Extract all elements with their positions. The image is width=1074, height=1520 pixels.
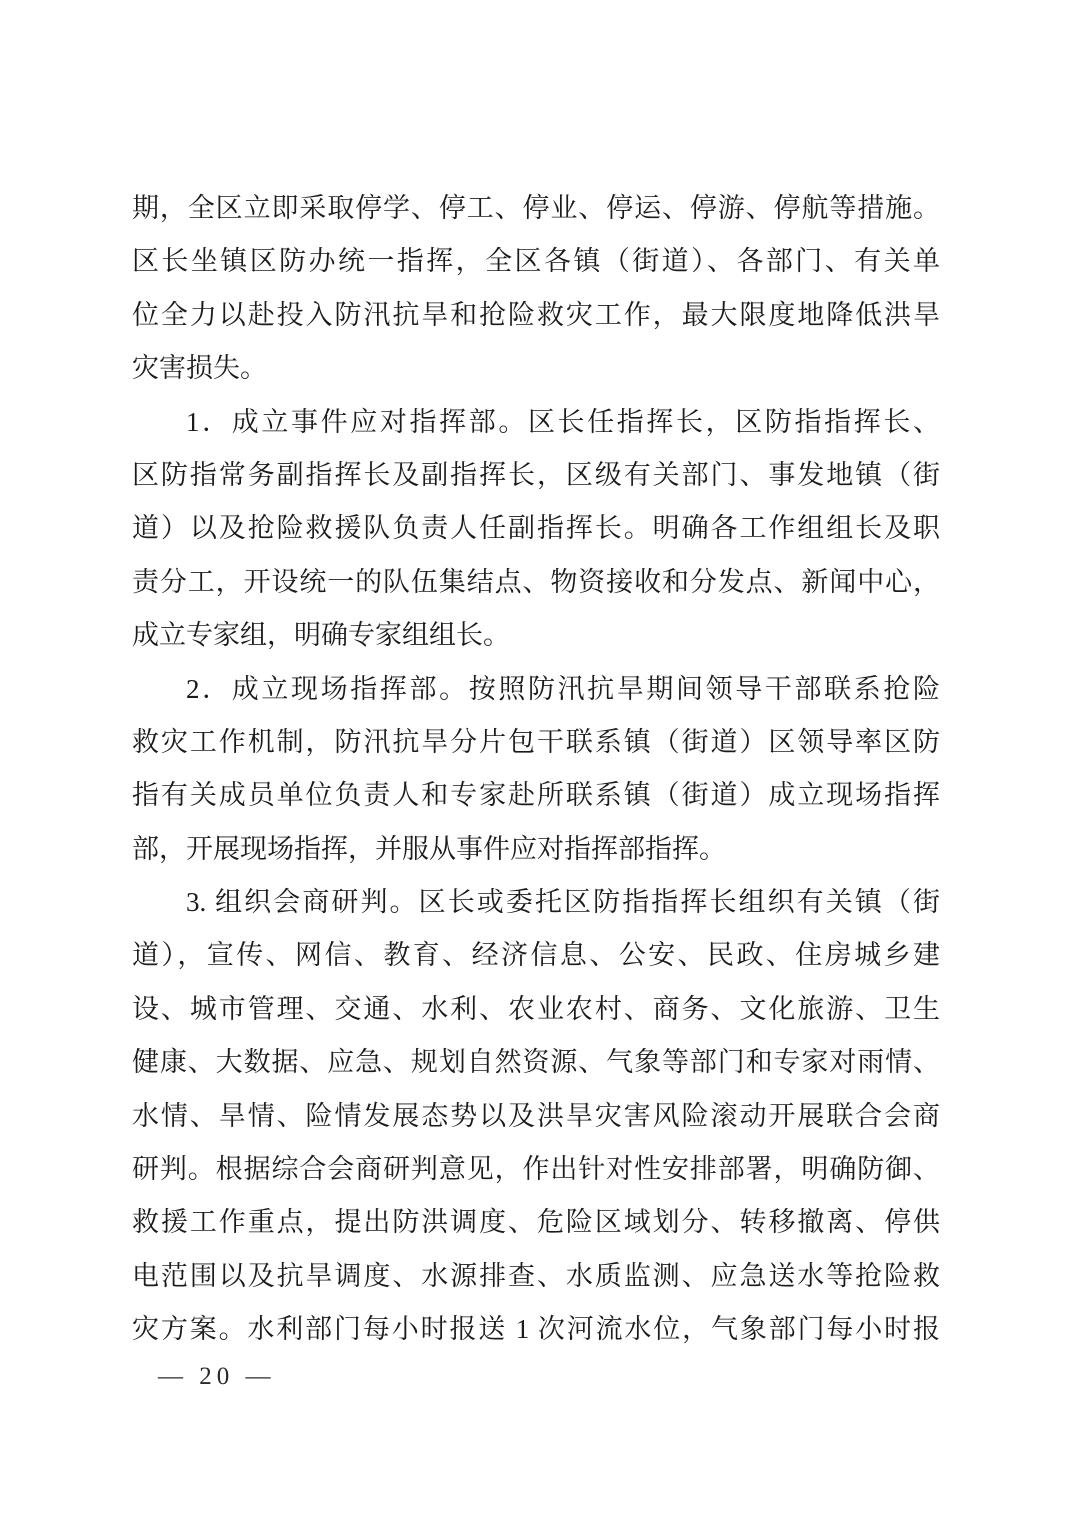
text-line: 部，开展现场指挥，并服从事件应对指挥部指挥。: [132, 823, 940, 876]
text-line: 救援工作重点，提出防洪调度、危险区域划分、转移撤离、停供: [132, 1196, 940, 1249]
paragraph-item-1: 1．成立事件应对指挥部。区长任指挥长，区防指指挥长、区防指常务副指挥长及副指挥长…: [132, 396, 940, 663]
paragraph-item-3: 3. 组织会商研判。区长或委托区防指指挥长组织有关镇（街道），宣传、网信、教育、…: [132, 876, 940, 1357]
text-line: 设、城市管理、交通、水利、农业农村、商务、文化旅游、卫生: [132, 983, 940, 1036]
text-line: 水情、旱情、险情发展态势以及洪旱灾害风险滚动开展联合会商: [132, 1090, 940, 1143]
text-line: 成立专家组，明确专家组组长。: [132, 609, 940, 662]
page-number: — 20 —: [158, 1362, 276, 1392]
document-page: 期，全区立即采取停学、停工、停业、停运、停游、停航等措施。区长坐镇区防办统一指挥…: [0, 0, 1074, 1520]
text-line: 道），宣传、网信、教育、经济信息、公安、民政、住房城乡建: [132, 929, 940, 982]
paragraph-continuation: 期，全区立即采取停学、停工、停业、停运、停游、停航等措施。区长坐镇区防办统一指挥…: [132, 182, 940, 396]
paragraph-item-2: 2．成立现场指挥部。按照防汛抗旱期间领导干部联系抢险救灾工作机制，防汛抗旱分片包…: [132, 663, 940, 877]
text-line: 3. 组织会商研判。区长或委托区防指指挥长组织有关镇（街: [132, 876, 940, 929]
text-line: 灾害损失。: [132, 342, 940, 395]
text-line: 1．成立事件应对指挥部。区长任指挥长，区防指指挥长、: [132, 396, 940, 449]
text-line: 救灾工作机制，防汛抗旱分片包干联系镇（街道）区领导率区防: [132, 716, 940, 769]
body-text: 期，全区立即采取停学、停工、停业、停运、停游、停航等措施。区长坐镇区防办统一指挥…: [132, 182, 940, 1357]
text-line: 区长坐镇区防办统一指挥，全区各镇（街道）、各部门、有关单: [132, 235, 940, 288]
text-line: 道）以及抢险救援队负责人任副指挥长。明确各工作组组长及职: [132, 502, 940, 555]
text-line: 灾方案。水利部门每小时报送 1 次河流水位，气象部门每小时报: [132, 1303, 940, 1356]
text-line: 电范围以及抗旱调度、水源排查、水质监测、应急送水等抢险救: [132, 1250, 940, 1303]
text-line: 期，全区立即采取停学、停工、停业、停运、停游、停航等措施。: [132, 182, 940, 235]
text-line: 位全力以赴投入防汛抗旱和抢险救灾工作，最大限度地降低洪旱: [132, 289, 940, 342]
text-line: 健康、大数据、应急、规划自然资源、气象等部门和专家对雨情、: [132, 1036, 940, 1089]
text-line: 责分工，开设统一的队伍集结点、物资接收和分发点、新闻中心，: [132, 556, 940, 609]
text-line: 指有关成员单位负责人和专家赴所联系镇（街道）成立现场指挥: [132, 769, 940, 822]
text-line: 2．成立现场指挥部。按照防汛抗旱期间领导干部联系抢险: [132, 663, 940, 716]
text-line: 区防指常务副指挥长及副指挥长，区级有关部门、事发地镇（街: [132, 449, 940, 502]
text-line: 研判。根据综合会商研判意见，作出针对性安排部署，明确防御、: [132, 1143, 940, 1196]
